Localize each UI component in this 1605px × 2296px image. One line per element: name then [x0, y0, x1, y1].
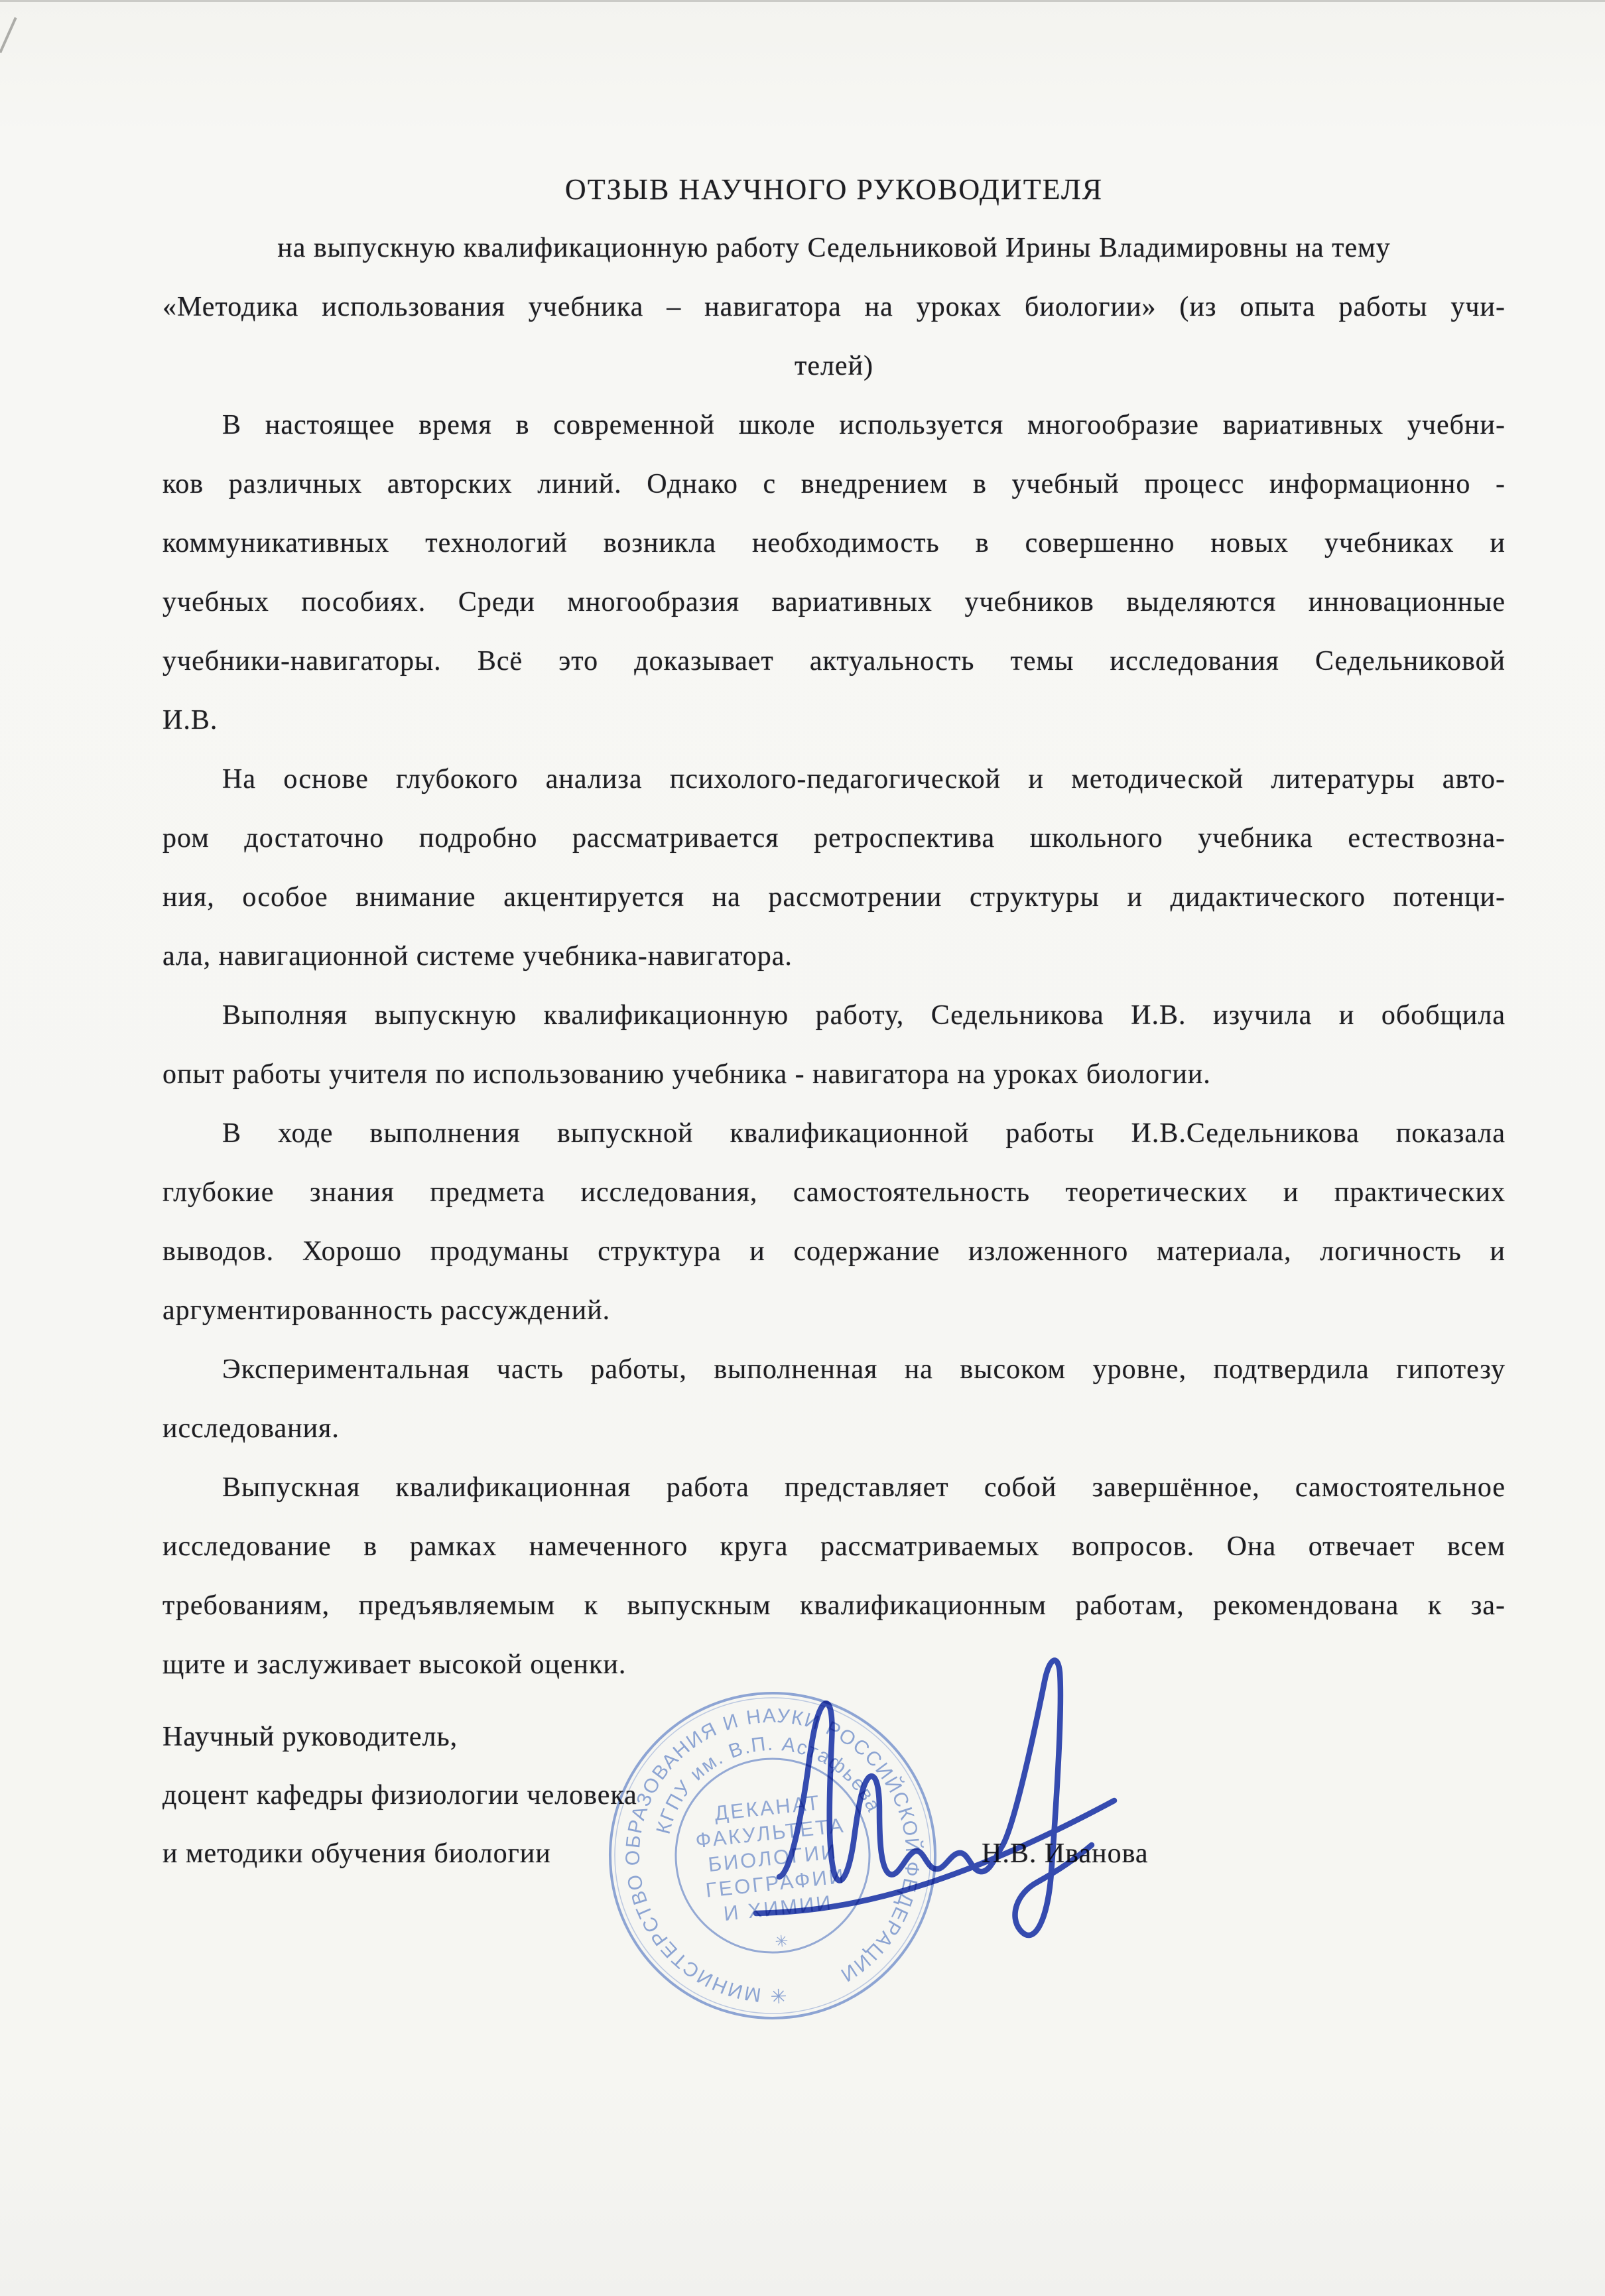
signature-scribble-path: [756, 1660, 1114, 1935]
paragraph-line: ала, навигационной системе учебника-нави…: [162, 927, 1506, 986]
paragraph-line: исследования.: [162, 1399, 1506, 1458]
paragraph-line: Выполняя выпускную квалификационную рабо…: [162, 986, 1506, 1045]
paragraph-line: ром достаточно подробно рассматривается …: [162, 809, 1506, 868]
paragraph-line: В настоящее время в современной школе ис…: [162, 396, 1506, 455]
paragraph-line: выводов. Хорошо продуманы структура и со…: [162, 1222, 1506, 1281]
paragraph-line: глубокие знания предмета исследования, с…: [162, 1163, 1506, 1222]
subtitle-line: «Методика использования учебника – навиг…: [162, 278, 1506, 337]
signature: [716, 1612, 1141, 1983]
paragraph-line: И.В.: [162, 691, 1506, 750]
paragraph-line: В ходе выполнения выпускной квалификацио…: [162, 1104, 1506, 1163]
scanned-document-page: ОТЗЫВ НАУЧНОГО РУКОВОДИТЕЛЯна выпускную …: [0, 0, 1605, 2296]
paragraph-line: исследование в рамках намеченного круга …: [162, 1517, 1506, 1576]
paragraph-line: учебных пособиях. Среди многообразия вар…: [162, 573, 1506, 632]
paragraph-line: учебники-навигаторы. Всё это доказывает …: [162, 632, 1506, 691]
text-column: ОТЗЫВ НАУЧНОГО РУКОВОДИТЕЛЯна выпускную …: [162, 160, 1506, 1694]
paragraph-line: аргументированность рассуждений.: [162, 1281, 1506, 1340]
paragraph-line: ния, особое внимание акцентируется на ра…: [162, 868, 1506, 927]
paragraph-line: Выпускная квалификационная работа предст…: [162, 1458, 1506, 1517]
subtitle-line: на выпускную квалификационную работу Сед…: [162, 219, 1506, 278]
paragraph-line: коммуникативных технологий возникла необ…: [162, 514, 1506, 573]
paragraph-line: Экспериментальная часть работы, выполнен…: [162, 1340, 1506, 1399]
paragraph-line: На основе глубокого анализа психолого-пе…: [162, 750, 1506, 809]
document-title: ОТЗЫВ НАУЧНОГО РУКОВОДИТЕЛЯ: [162, 160, 1506, 219]
paragraph-line: опыт работы учителя по использованию уче…: [162, 1045, 1506, 1104]
paragraph-line: ков различных авторских линий. Однако с …: [162, 455, 1506, 514]
subtitle-line: телей): [162, 337, 1506, 396]
scan-edge-artifact: [0, 0, 1605, 2]
scan-corner-artifact: [0, 17, 17, 54]
